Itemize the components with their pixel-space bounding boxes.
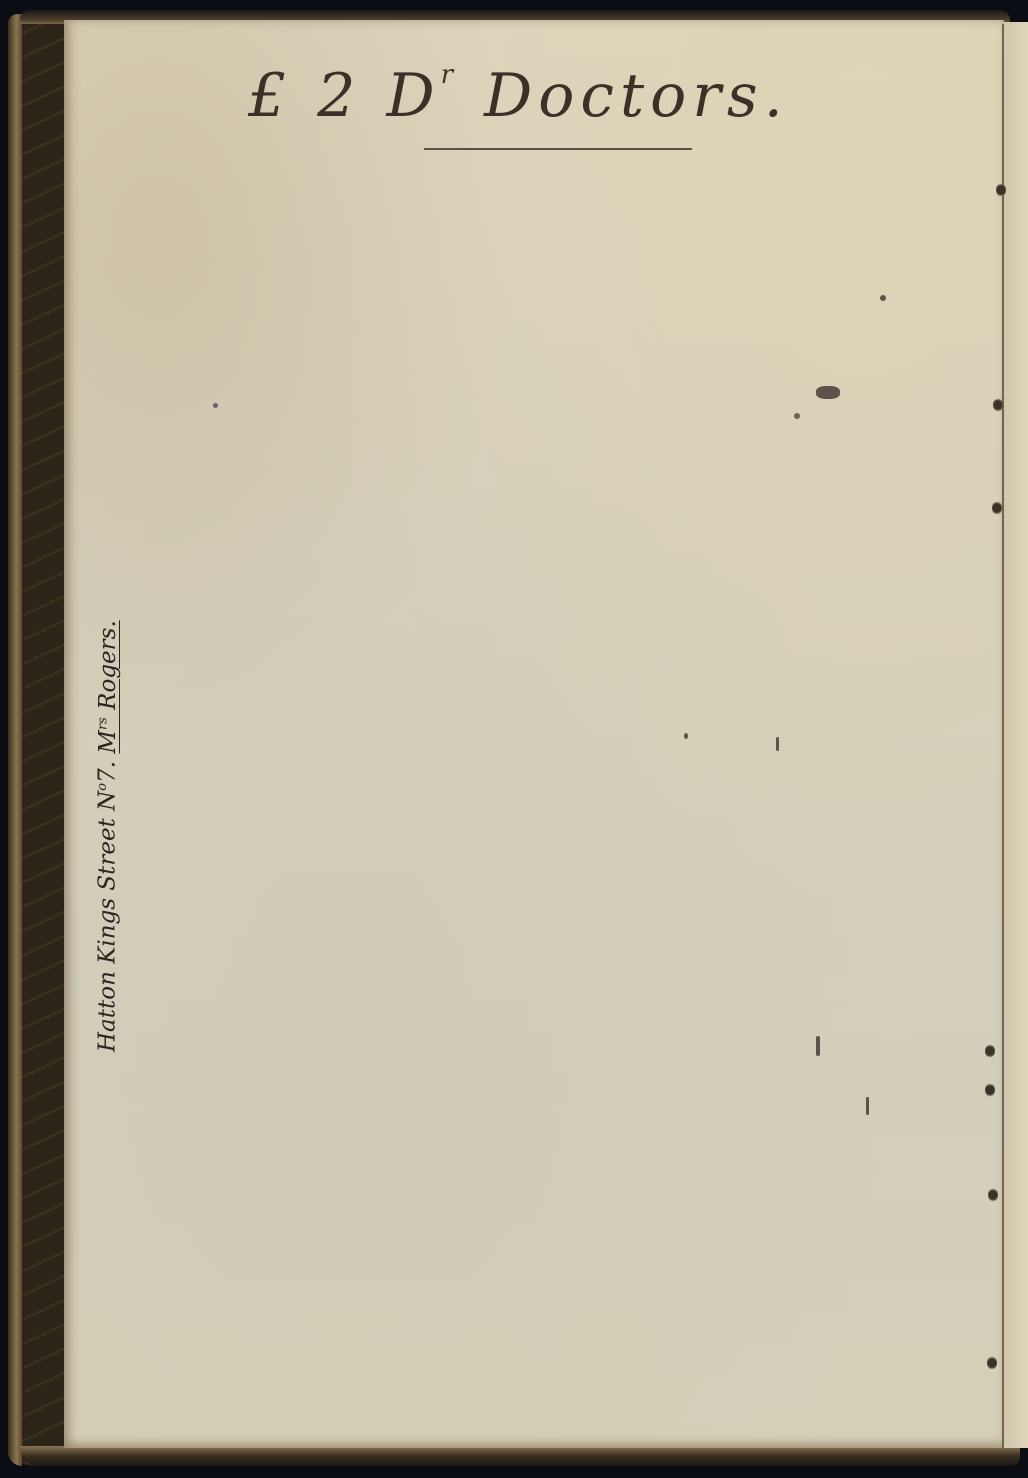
margin-number-sup: o: [95, 783, 110, 791]
header-number: 2: [317, 61, 361, 131]
header-text: £ 2 Dr Doctors.: [248, 66, 789, 126]
book-board-bottom: [20, 1446, 1020, 1466]
ink-dot: [684, 733, 688, 739]
book-board-edge: [8, 14, 22, 1466]
ink-mark: [866, 1097, 869, 1115]
ink-mark: [816, 1036, 820, 1056]
page-gutter: [1002, 24, 1004, 1450]
binding-stitch: [985, 1044, 995, 1058]
header-title: Doctors.: [484, 61, 789, 131]
margin-name-prefix: M: [95, 730, 121, 754]
binding-stitch: [992, 501, 1002, 515]
scanned-page: £ 2 Dr Doctors. Hatton Kings Street No7.…: [0, 0, 1028, 1478]
ink-blot: [816, 386, 840, 399]
ink-dot: [794, 413, 800, 419]
pound-symbol: £: [248, 61, 292, 131]
binding-stitch: [987, 1356, 997, 1370]
paper-page: [64, 20, 1004, 1448]
ink-dot: [213, 403, 218, 408]
margin-address: Hatton Kings Street N: [95, 791, 121, 1052]
header-underline: [424, 148, 692, 150]
header-title-prefix: D: [387, 61, 441, 131]
binding-stitch: [985, 1083, 995, 1097]
margin-number: 7.: [95, 761, 121, 783]
adjacent-page-strip: [1004, 22, 1028, 1448]
margin-inscription: Hatton Kings Street No7. Mrs Rogers.: [83, 620, 123, 1052]
binding-stitch: [988, 1188, 998, 1202]
margin-name-text: Rogers.: [95, 620, 121, 710]
ink-dot: [880, 295, 886, 301]
ink-mark: [776, 737, 779, 751]
binding-stitch: [993, 398, 1003, 412]
header-inscription: £ 2 Dr Doctors.: [248, 66, 838, 156]
binding-stitch: [996, 183, 1006, 197]
header-title-prefix-sup: r: [441, 60, 459, 90]
margin-name: Mrs Rogers.: [95, 620, 121, 753]
margin-name-prefix-sup: rs: [95, 717, 110, 730]
